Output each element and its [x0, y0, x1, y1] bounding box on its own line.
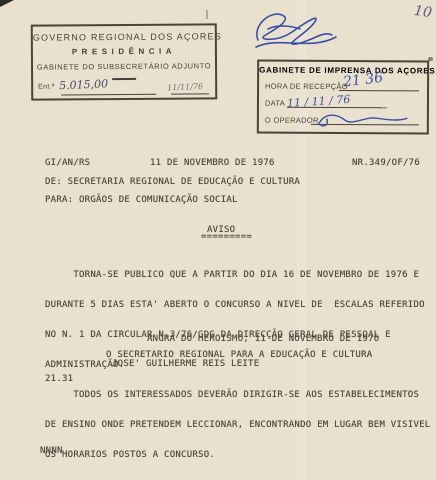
- doc-number: NR.349/OF/76: [352, 158, 420, 168]
- reception-time-label: HORA DE RECEPÇÃO: [265, 82, 348, 91]
- body-line: DURANTE 5 DIAS ESTA' ABERTO O CONCURSO A…: [45, 300, 429, 310]
- stamp-left-date-line: [171, 93, 209, 94]
- doc-reference: GI/AN/RS: [45, 158, 90, 168]
- reception-time-handwritten: 21 36: [342, 70, 384, 91]
- stamp-left-presidencia: PRESIDÊNCIA: [33, 46, 215, 56]
- scanned-document: 10 GOVERNO REGIONAL DOS AÇORES PRESIDÊNC…: [0, 0, 436, 480]
- stamp-left-entry-line: [61, 94, 156, 96]
- stamp-left-entry-label: Ent.ª: [38, 83, 55, 90]
- press-office-stamp: GABINETE DE IMPRENSA DOS AÇORES HORA DE …: [257, 60, 429, 135]
- reception-time-line: [339, 90, 419, 91]
- notice-title-underline: =========: [201, 232, 252, 242]
- stamp-left-office: GABINETE DO SUBSECRETÁRIO ADJUNTO: [33, 61, 215, 71]
- stamp-left-divider: [112, 78, 136, 80]
- body-line: TODOS OS INTERESSADOS DEVERÃO DIRIGIR-SE…: [45, 390, 429, 400]
- signature-scribble: [248, 6, 344, 54]
- place-and-date: ANGRA DO HEROISMO, 11 DE NOVEMBRO DE 197…: [147, 334, 379, 344]
- body-line: DE ENSINO ONDE PRETENDEM LECCIONAR, ENCO…: [45, 420, 429, 430]
- doc-from: DE: SECRETARIA REGIONAL DE EDUCAÇÃO E CU…: [45, 177, 300, 187]
- page-number-handwritten: 10: [413, 3, 433, 21]
- body-line: TORNA-SE PUBLICO QUE A PARTIR DO DIA 16 …: [45, 270, 429, 280]
- date-label: DATA: [265, 99, 285, 108]
- presidency-stamp: GOVERNO REGIONAL DOS AÇORES PRESIDÊNCIA …: [31, 23, 218, 100]
- operator-signature: [311, 110, 411, 131]
- scan-corner-artifact: [0, 0, 14, 7]
- transmission-time-code: 21.31: [45, 374, 73, 384]
- body-line: OS HORARIOS POSTOS A CONCURSO.: [45, 450, 429, 460]
- telex-end-code: NNNN: [40, 446, 63, 456]
- scan-speck: [206, 10, 208, 19]
- doc-date: 11 DE NOVEMBRO DE 1976: [150, 158, 275, 168]
- stamp-left-org: GOVERNO REGIONAL DOS AÇORES: [33, 31, 215, 42]
- signoff-name: JOSE' GUILHERME REIS LEITE: [112, 359, 259, 369]
- stamp-left-entry-value-handwritten: 5.015,00: [59, 77, 108, 92]
- stamp-left-date-handwritten: 11/11/76: [167, 82, 203, 92]
- doc-to: PARA: ORGÃOS DE COMUNICAÇÃO SOCIAL: [45, 195, 238, 205]
